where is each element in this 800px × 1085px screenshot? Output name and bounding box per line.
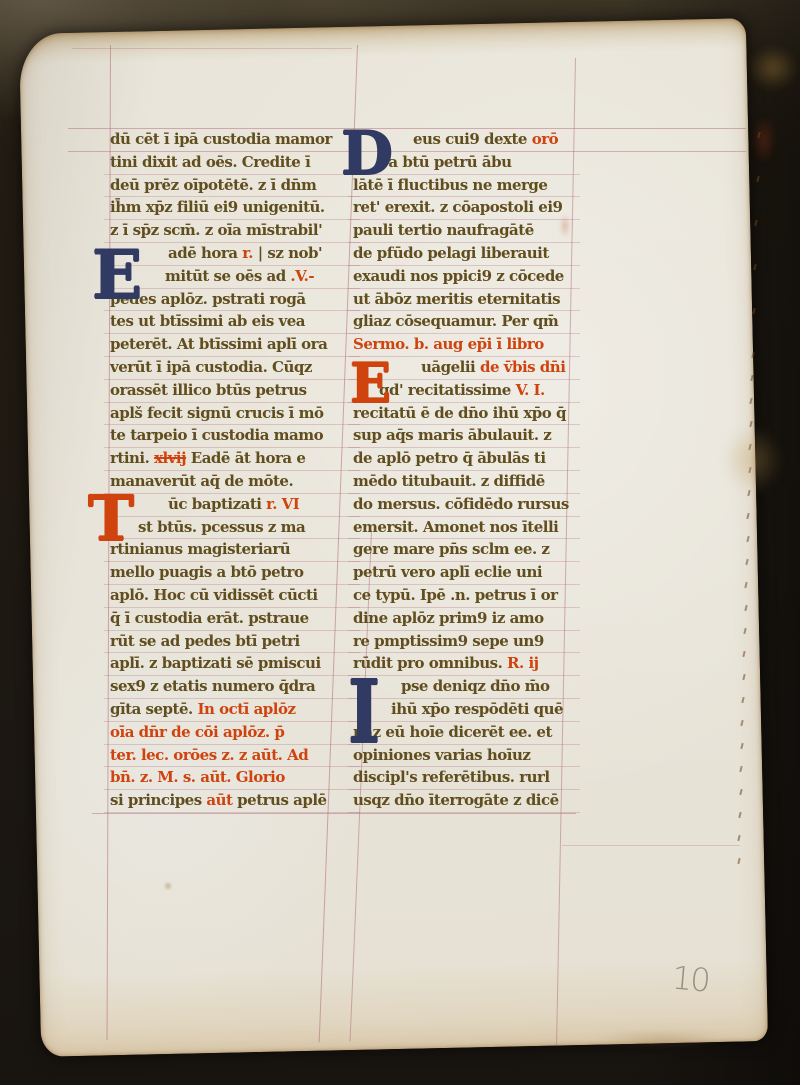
text-line: usqz dn̄o īterrogāte z dicē <box>353 789 559 812</box>
body-text: ihū xp̄o respōdēti quē <box>391 700 563 718</box>
pricking-mark <box>743 628 746 634</box>
text-line: sup aq̄s maris ābulauit. z <box>353 424 551 447</box>
text-line: de pfūdo pelagi liberauit <box>353 242 549 265</box>
pricking-mark <box>750 398 753 404</box>
stain <box>164 882 172 890</box>
rubric-text: de v̄bis dn̄i <box>480 358 565 376</box>
text-line: do mersus. cōfidēdo rursus <box>353 493 569 516</box>
rubric-text: orō <box>532 130 558 148</box>
text-line: pse deniqz dn̄o m̄o <box>401 675 550 698</box>
text-line: adē hora r. | sz nob' <box>168 242 322 265</box>
pricking-mark <box>747 513 750 519</box>
body-text: naz eū hoīe dicerēt ee. et <box>353 723 552 741</box>
text-line: qd' recitatissime V. I. <box>379 379 545 402</box>
text-line: sex9 z etatis numero q̄dra <box>110 675 315 698</box>
text-line: re pmptissim9 sepe un9 <box>353 630 544 653</box>
text-line: si principes aūt petrus aplē <box>110 789 327 812</box>
body-text: petrus aplē <box>237 791 326 809</box>
rubric-text: .V.- <box>286 267 314 285</box>
text-line: gīta septē. In octī aplōz <box>110 698 296 721</box>
text-line: mitūt se oēs ad .V.- <box>165 265 314 288</box>
pricking-mark <box>745 582 748 588</box>
body-text: gere mare pn̄s sclm ee. z <box>353 540 549 558</box>
pricking-mark <box>754 264 757 270</box>
pricking-mark <box>740 743 743 749</box>
body-text: do mersus. cōfidēdo rursus <box>353 495 569 513</box>
text-line: dū cēt ī ipā custodia mamor <box>110 128 332 151</box>
pricking-mark <box>755 220 758 226</box>
pricking-mark <box>741 697 744 703</box>
text-line: orassēt illico btūs petrus <box>110 379 307 402</box>
stain <box>748 46 798 90</box>
illuminated-initial-i-blue: I <box>348 670 380 756</box>
text-line: pauli tertio naufragātē <box>353 219 534 242</box>
body-text: sup aq̄s maris ābulauit. z <box>353 426 551 444</box>
pricking-mark <box>739 766 742 772</box>
text-line: ce typū. Ipē .n. petrus ī or <box>353 584 558 607</box>
body-text: uāgelii <box>421 358 480 376</box>
body-text: st btūs. pcessus z ma <box>138 518 305 536</box>
pricking-mark <box>743 651 746 657</box>
body-text: verūt ī ipā custodia. Cūqz <box>110 358 312 376</box>
body-text: emersit. Amonet nos ītelli <box>353 518 558 536</box>
rubric-text: ter. lec. orōes z. z aūt. Ad <box>110 746 308 764</box>
body-text: te tarpeio ī custodia mamo <box>110 426 323 444</box>
ruling-hline <box>562 845 740 846</box>
body-text: rtini. <box>110 449 154 467</box>
body-text: de aplō petro q̄ ābulās ti <box>353 449 546 467</box>
body-text: aplī. z baptizati sē pmiscui <box>110 654 321 672</box>
pricking-mark <box>752 308 755 314</box>
body-text: ret' erexit. z cōapostoli ei9 <box>353 198 562 216</box>
body-text: peterēt. At btīssimi aplī ora <box>110 335 327 353</box>
text-line: manaverūt aq̄ de mōte. <box>110 470 293 493</box>
rubric-text: r. <box>242 244 253 262</box>
body-text: mello puagis a btō petro <box>110 563 303 581</box>
text-line: ih̄m xp̄z filiū ei9 unigenitū. <box>110 196 325 219</box>
body-text: pse deniqz dn̄o m̄o <box>401 677 550 695</box>
stain <box>596 1032 726 1046</box>
body-text: qd' recitatissime <box>379 381 516 399</box>
text-column-right: eus cui9 dexte orōra btū petrū ābulātē ī… <box>353 128 579 818</box>
pricking-mark <box>739 789 742 795</box>
pricking-mark <box>737 858 740 864</box>
pricking-mark <box>744 605 747 611</box>
body-text: pauli tertio naufragātē <box>353 221 534 239</box>
rubric-text: In octī aplōz <box>197 700 295 718</box>
pricking-mark <box>745 559 748 565</box>
body-text: orassēt illico btūs petrus <box>110 381 307 399</box>
body-text: aplš fecit signū crucis ī mō <box>110 404 323 422</box>
body-text: adē hora <box>168 244 242 262</box>
body-text: gīta septē. <box>110 700 197 718</box>
text-line: eus cui9 dexte orō <box>413 128 558 151</box>
text-line: q̄ ī custodia erāt. pstraue <box>110 607 309 630</box>
rubric-text: r. VI <box>266 495 299 513</box>
text-line: rūt se ad pedes btī petri <box>110 630 300 653</box>
pricking-mark <box>756 176 759 182</box>
body-text: si principes <box>110 791 206 809</box>
text-line: verūt ī ipā custodia. Cūqz <box>110 356 312 379</box>
illuminated-initial-t-red: T <box>88 488 134 550</box>
body-text: q̄ ī custodia erāt. pstraue <box>110 609 309 627</box>
text-line: dine aplōz prim9 iz amo <box>353 607 544 630</box>
rubric-text: oīa dn̄r de cōi aplōz. p̄ <box>110 723 284 741</box>
body-text: mitūt se oēs ad <box>165 267 286 285</box>
body-text: aplō. Hoc cū vidissēt cūcti <box>110 586 318 604</box>
text-line: peterēt. At btīssimi aplī ora <box>110 333 327 356</box>
stain <box>560 214 570 238</box>
body-text: rtinianus magisteriarū <box>110 540 290 558</box>
text-line: tini dixit ad oēs. Credite ī <box>110 151 310 174</box>
text-line: ūc baptizati r. VI <box>168 493 299 516</box>
body-text: xlvij <box>154 449 186 467</box>
body-text: discipl's referētibus. rurl <box>353 768 550 786</box>
body-text: ūc baptizati <box>168 495 266 513</box>
body-text: sex9 z etatis numero q̄dra <box>110 677 315 695</box>
body-text: | sz nob' <box>253 244 322 262</box>
body-text: dū cēt ī ipā custodia mamor <box>110 130 332 148</box>
body-text: petrū vero aplī eclie uni <box>353 563 542 581</box>
pricking-mark <box>741 720 744 726</box>
text-line: ret' erexit. z cōapostoli ei9 <box>353 196 562 219</box>
body-text: de pfūdo pelagi liberauit <box>353 244 549 262</box>
body-text: exaudi nos ppici9 z cōcede <box>353 267 564 285</box>
photo-background: dū cēt ī ipā custodia mamortini dixit ad… <box>0 0 800 1085</box>
text-line: gere mare pn̄s sclm ee. z <box>353 538 549 561</box>
text-line: rtinianus magisteriarū <box>110 538 290 561</box>
body-text: tes ut btīssimi ab eis vea <box>110 312 305 330</box>
text-line: naz eū hoīe dicerēt ee. et <box>353 721 552 744</box>
text-line: de aplō petro q̄ ābulās ti <box>353 447 546 470</box>
body-text: tini dixit ad oēs. Credite ī <box>110 153 310 171</box>
body-text: mēdo titubauit. z diffidē <box>353 472 545 490</box>
ruling-hline <box>72 48 352 49</box>
text-line: ihū xp̄o respōdēti quē <box>391 698 563 721</box>
body-text: ih̄m xp̄z filiū ei9 unigenitū. <box>110 198 325 216</box>
text-column-left: dū cēt ī ipā custodia mamortini dixit ad… <box>110 128 356 818</box>
pricking-mark <box>751 352 754 358</box>
text-line: emersit. Amonet nos ītelli <box>353 516 558 539</box>
body-text: Eadē āt hora e <box>186 449 305 467</box>
pricking-mark <box>742 674 745 680</box>
text-line: uāgelii de v̄bis dn̄i <box>421 356 565 379</box>
pencil-folio-number: 10 <box>670 958 710 999</box>
text-line: mēdo titubauit. z diffidē <box>353 470 545 493</box>
illuminated-initial-e-blue: E <box>92 242 142 308</box>
rubric-text: V. I. <box>516 381 545 399</box>
text-line: aplš fecit signū crucis ī mō <box>110 402 323 425</box>
pricking-mark <box>750 375 753 381</box>
text-line: oīa dn̄r de cōi aplōz. p̄ <box>110 721 284 744</box>
text-line: rtini. xlvij Eadē āt hora e <box>110 447 305 470</box>
rubric-text: aūt <box>206 791 237 809</box>
text-line: petrū vero aplī eclie uni <box>353 561 542 584</box>
body-text: manaverūt aq̄ de mōte. <box>110 472 293 490</box>
body-text: deū prēz oīpotētē. z ī dn̄m <box>110 176 316 194</box>
body-text: eus cui9 dexte <box>413 130 532 148</box>
rubric-text: R. ij <box>507 654 539 672</box>
text-line: gliaz cōsequamur. Per qm̄ <box>353 310 558 333</box>
text-line: ut ābōz meritis eternitatis <box>353 288 560 311</box>
rubric-text: bn̄. z. M. s. aūt. Glorio <box>110 768 285 786</box>
text-line: rūdit pro omnibus. R. ij <box>353 652 539 675</box>
illuminated-initial-d-blue: D <box>341 124 393 184</box>
body-text: ra btū petrū ābu <box>381 153 512 171</box>
body-text: rūt se ad pedes btī petri <box>110 632 300 650</box>
body-text: ce typū. Ipē .n. petrus ī or <box>353 586 558 604</box>
text-line: ra btū petrū ābu <box>381 151 512 174</box>
body-text: re pmptissim9 sepe un9 <box>353 632 544 650</box>
text-line: mello puagis a btō petro <box>110 561 303 584</box>
text-line: ter. lec. orōes z. z aūt. Ad <box>110 744 308 767</box>
stain <box>722 426 782 494</box>
text-line: aplī. z baptizati sē pmiscui <box>110 652 321 675</box>
text-line: aplō. Hoc cū vidissēt cūcti <box>110 584 318 607</box>
body-text: usqz dn̄o īterrogāte z dicē <box>353 791 559 809</box>
body-text: gliaz cōsequamur. Per qm̄ <box>353 312 558 330</box>
text-line: st btūs. pcessus z ma <box>138 516 305 539</box>
pricking-mark <box>738 835 741 841</box>
text-line: bn̄. z. M. s. aūt. Glorio <box>110 766 285 789</box>
text-line: te tarpeio ī custodia mamo <box>110 424 323 447</box>
text-line: discipl's referētibus. rurl <box>353 766 550 789</box>
stain <box>752 116 776 164</box>
illuminated-initial-e-red: E <box>350 356 391 410</box>
text-line: exaudi nos ppici9 z cōcede <box>353 265 564 288</box>
pricking-mark <box>746 536 749 542</box>
pricking-mark <box>738 812 741 818</box>
text-line: deū prēz oīpotētē. z ī dn̄m <box>110 174 316 197</box>
body-text: dine aplōz prim9 iz amo <box>353 609 544 627</box>
body-text: ut ābōz meritis eternitatis <box>353 290 560 308</box>
leaf-content: dū cēt ī ipā custodia mamortini dixit ad… <box>0 0 800 1085</box>
